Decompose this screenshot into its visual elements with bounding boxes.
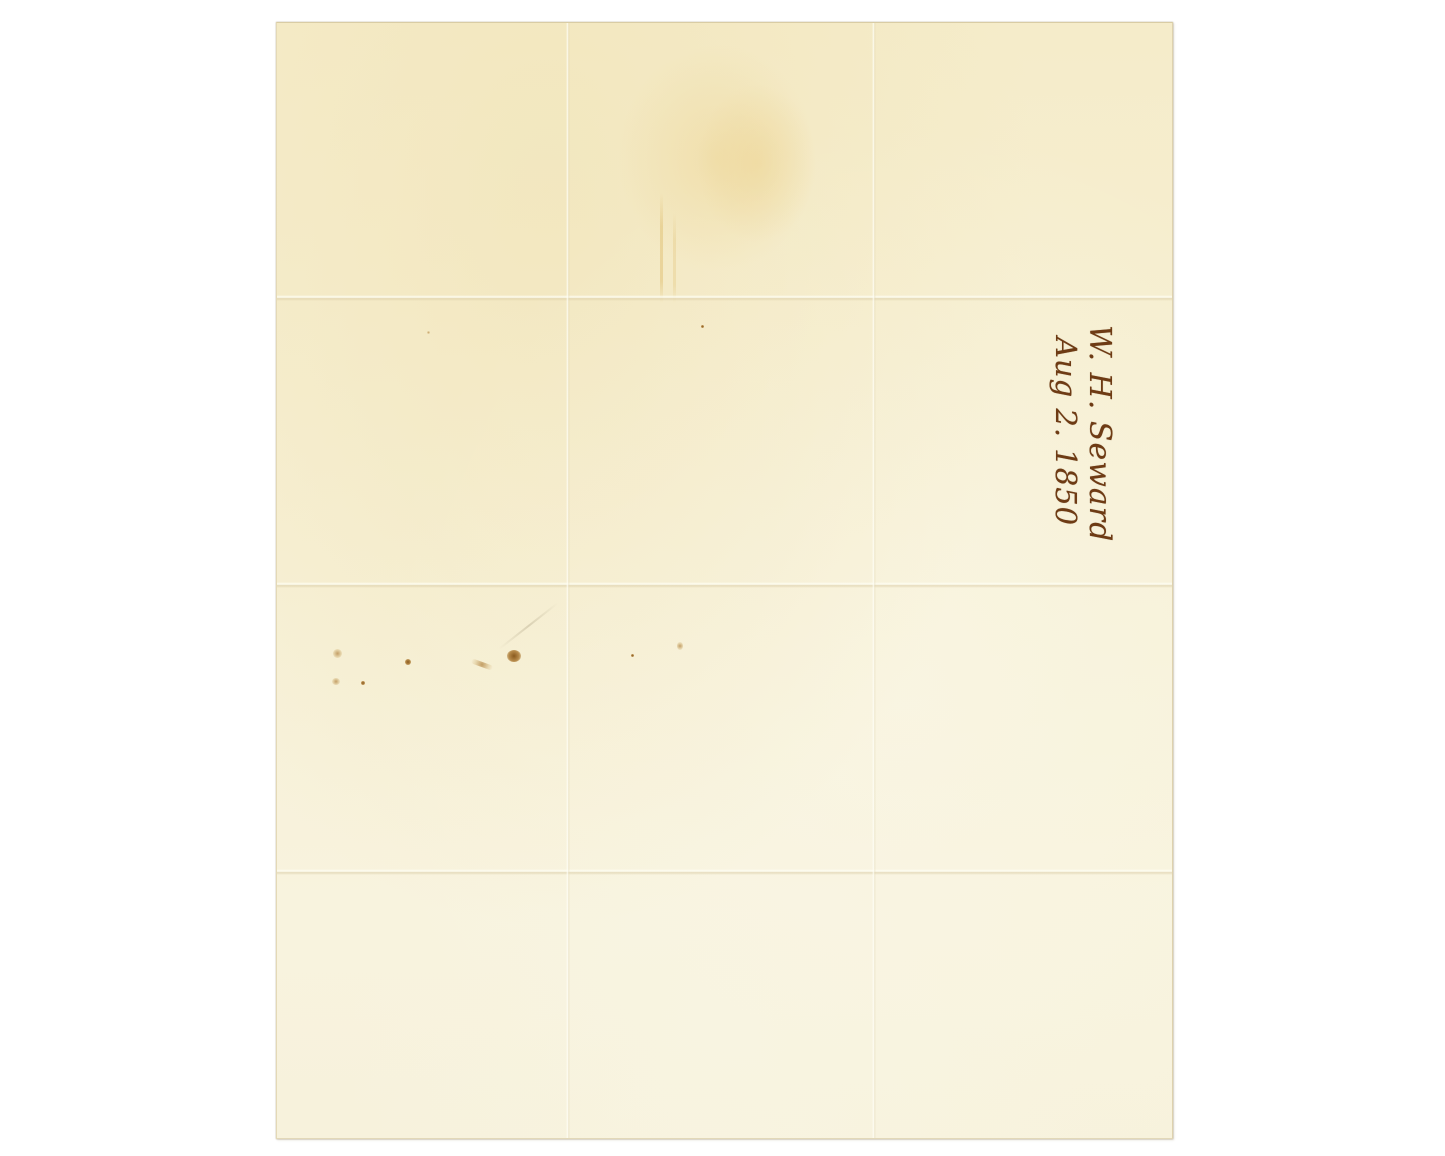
foxing-spot <box>701 325 704 328</box>
fold-line-horizontal <box>277 582 1172 588</box>
scan-background: W. H. Seward Aug 2. 1850 <box>0 0 1445 1156</box>
docket-name: W. H. Seward <box>1082 325 1117 542</box>
crease <box>498 602 558 650</box>
foxing-spot <box>631 654 634 657</box>
stain-streak <box>660 193 663 303</box>
docket-date: Aug 2. 1850 <box>1049 337 1083 526</box>
foxing-spot <box>405 659 411 665</box>
foxing-spot <box>332 678 340 685</box>
foxing-spot <box>677 642 683 650</box>
water-stain <box>697 83 817 243</box>
letter-sheet <box>276 22 1173 1139</box>
foxing-spot <box>333 649 342 658</box>
fold-line-vertical <box>566 23 570 1138</box>
stain-streak <box>673 213 676 303</box>
fold-line-horizontal <box>277 869 1172 875</box>
foxing-spot <box>361 681 365 685</box>
foxing-spot <box>427 331 430 334</box>
fold-line-vertical <box>872 23 876 1138</box>
foxing-spot <box>507 650 521 662</box>
foxing-spot <box>471 658 493 670</box>
docket-annotation: W. H. Seward Aug 2. 1850 <box>1055 325 1155 575</box>
fold-line-horizontal <box>277 295 1172 301</box>
